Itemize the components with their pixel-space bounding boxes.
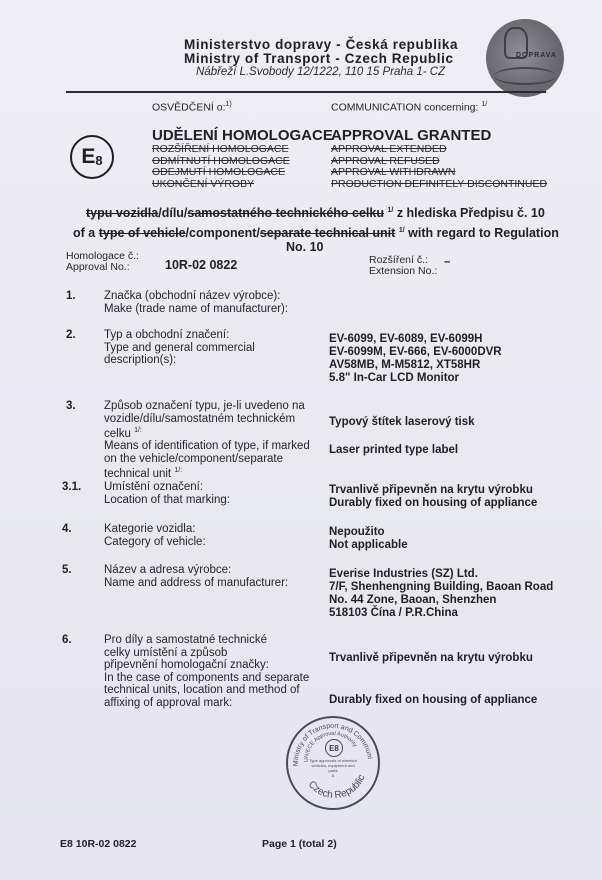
e8-approval-mark-icon: E8 — [70, 135, 114, 179]
title-en-component: /component/ — [186, 226, 260, 240]
item-4-label: Kategorie vozidla: Category of vehicle: — [104, 523, 314, 548]
item-value-en: Not applicable — [329, 539, 408, 552]
header-divider — [66, 91, 546, 93]
model-list-line: EV-6099M, EV-666, EV-6000DVR — [329, 346, 502, 359]
item-label-cz: Název a adresa výrobce: — [104, 564, 314, 577]
status-cz-struck: ROZŠÍŘENÍ HOMOLOGACE — [152, 144, 290, 156]
item-number: 1. — [66, 290, 76, 302]
ministry-name-cz: Ministerstvo dopravy - Česká republika — [184, 37, 458, 52]
item-label-en: Type and general commercial description(… — [104, 342, 274, 367]
status-cz-struck: ODEJMUTÍ HOMOLOGACE — [152, 167, 290, 179]
footnote-mark: 1/ — [387, 207, 393, 214]
mark-letter: E — [81, 145, 95, 168]
stamp-center-caption: Type approvals of wheeled vehicles, equi… — [308, 758, 358, 773]
manufacturer-name: Everise Industries (SZ) Ltd. — [329, 568, 553, 581]
state-emblem-icon: DOPRAVA — [486, 19, 564, 97]
status-en-struck: PRODUCTION DEFINITELY DISCONTINUED — [331, 179, 547, 191]
emblem-text: DOPRAVA — [516, 52, 557, 59]
stamp-center-text: Type approvals of wheeled vehicles, equi… — [308, 758, 358, 778]
item-number: 3. — [66, 400, 76, 412]
footnote-mark: 1/: — [174, 467, 182, 474]
title-cz-component: /dílu/ — [158, 206, 187, 220]
item-6-value-en: Durably fixed on housing of appliance — [329, 694, 537, 707]
item-label-cz: Způsob označení typu, je-li uvedeno na v… — [104, 400, 314, 440]
status-en-struck-list: APPROVAL EXTENDED APPROVAL REFUSED APPRO… — [331, 144, 547, 190]
model-list-line: EV-6099, EV-6089, EV-6099H — [329, 333, 502, 346]
item-label-en: Make (trade name of manufacturer): — [104, 303, 314, 316]
item-label-en: Name and address of manufacturer: — [104, 577, 314, 590]
title-en-prefix: of a — [73, 226, 99, 240]
item-value-cz: Nepoužito — [329, 526, 408, 539]
item-3-1-label: Umístění označení: Location of that mark… — [104, 481, 314, 506]
title-en-regulation: with regard to Regulation — [408, 226, 559, 240]
item-3-value-en: Laser printed type label — [329, 444, 458, 457]
item-6-value-cz: Trvanlivě připevněn na krytu výrobku — [329, 652, 533, 665]
item-number: 5. — [62, 564, 72, 576]
model-list-line: AV58MB, M-M5812, XT58HR — [329, 359, 502, 372]
title-line-en: of a type of vehicle/component/separate … — [73, 226, 559, 240]
item-3-label: Způsob označení typu, je-li uvedeno na v… — [104, 400, 314, 481]
item-6-label: Pro díly a samostatné technické celky um… — [104, 634, 314, 709]
item-label-en-text: Means of identification of type, if mark… — [104, 440, 310, 480]
item-4-values: Nepoužito Not applicable — [329, 526, 408, 552]
title-cz-struck: samostatného technického celku — [187, 206, 384, 220]
item-label-en: Category of vehicle: — [104, 536, 314, 549]
document-page: Ministerstvo dopravy - Česká republika M… — [0, 0, 602, 880]
footnote-mark: 1/ — [399, 227, 405, 234]
title-cz-struck: typu vozidla — [86, 206, 158, 220]
item-number: 4. — [62, 523, 72, 535]
approval-label: Homologace č.: Approval No.: — [66, 251, 139, 273]
item-value-en: Durably fixed on housing of appliance — [329, 497, 537, 510]
manufacturer-address: Everise Industries (SZ) Ltd. 7/F, Shenhe… — [329, 568, 553, 620]
certificate-label-cz-text: OSVĚDČENÍ o: — [152, 102, 226, 114]
item-number: 6. — [62, 634, 72, 646]
item-5-label: Název a adresa výrobce: Name and address… — [104, 564, 314, 589]
item-3-value-cz: Typový štítek laserový tisk — [329, 416, 475, 429]
certificate-label-en: COMMUNICATION concerning: 1/ — [331, 101, 487, 114]
item-2-values: EV-6099, EV-6089, EV-6099H EV-6099M, EV-… — [329, 333, 502, 385]
extension-label-en: Extension No.: — [369, 266, 437, 277]
status-cz-selected: UDĚLENÍ HOMOLOGACE — [152, 127, 333, 144]
footer-reference: E8 10R-02 0822 — [60, 838, 136, 850]
official-stamp-icon: Ministry of Transport and Communications… — [286, 716, 380, 810]
item-label-cz: Kategorie vozidla: — [104, 523, 314, 536]
status-en-selected: APPROVAL GRANTED — [331, 127, 491, 144]
address-line: 518103 Čína / P.R.China — [329, 607, 553, 620]
emblem-wheels — [494, 67, 556, 85]
status-cz-struck-list: ROZŠÍŘENÍ HOMOLOGACE ODMÍTNUTÍ HOMOLOGAC… — [152, 144, 290, 190]
title-en-struck: separate technical unit — [260, 226, 395, 240]
item-1-label: Značka (obchodní název výrobce): Make (t… — [104, 290, 314, 315]
item-label-cz: Pro díly a samostatné technické celky um… — [104, 634, 284, 672]
title-cz-regulation: z hlediska Předpisu č. 10 — [397, 206, 545, 220]
title-en-struck: type of vehicle — [99, 226, 186, 240]
status-cz-struck: UKONČENÍ VÝROBY — [152, 179, 290, 191]
page-indicator: Page 1 (total 2) — [262, 838, 337, 850]
item-label-en: Means of identification of type, if mark… — [104, 440, 314, 480]
ministry-name-en: Ministry of Transport - Czech Republic — [184, 51, 454, 66]
footnote-mark: 1/: — [134, 427, 142, 434]
title-regulation-number: No. 10 — [286, 240, 324, 254]
item-number: 3.1. — [62, 481, 81, 493]
product-description: 5.8" In-Car LCD Monitor — [329, 372, 502, 385]
item-label-cz: Značka (obchodní název výrobce): — [104, 290, 314, 303]
item-value-cz: Trvanlivě připevněn na krytu výrobku — [329, 484, 537, 497]
status-en-struck: APPROVAL WITHDRAWN — [331, 167, 547, 179]
address-line: No. 44 Zone, Baoan, Shenzhen — [329, 594, 553, 607]
certificate-label-cz: OSVĚDČENÍ o:1) — [152, 101, 232, 114]
item-number: 2. — [66, 329, 76, 341]
status-en-struck: APPROVAL EXTENDED — [331, 144, 547, 156]
item-label-en: Location of that marking: — [104, 494, 314, 507]
certificate-label-en-text: COMMUNICATION concerning: — [331, 102, 478, 114]
approval-number: 10R-02 0822 — [165, 259, 237, 272]
item-3-1-values: Trvanlivě připevněn na krytu výrobku Dur… — [329, 484, 537, 510]
item-2-label: Typ a obchodní značení: Type and general… — [104, 329, 274, 367]
ministry-address: Nábřeží L.Svobody 12/1222, 110 15 Praha … — [196, 66, 445, 78]
mark-number: 8 — [95, 153, 102, 168]
item-label-en: In the case of components and separate t… — [104, 672, 314, 710]
stamp-e-mark: E8 — [325, 739, 343, 757]
extension-number: – — [444, 256, 450, 269]
approval-label-en: Approval No.: — [66, 262, 139, 273]
footnote-mark: 1) — [226, 101, 232, 108]
address-line: 7/F, Shenhengning Building, Baoan Road — [329, 581, 553, 594]
extension-label: Rozšíření č.: Extension No.: — [369, 255, 437, 277]
stamp-center-number: 8 — [308, 773, 358, 778]
item-label-cz: Typ a obchodní značení: — [104, 329, 274, 342]
footnote-mark: 1/ — [481, 101, 487, 108]
item-label-cz: Umístění označení: — [104, 481, 314, 494]
title-line-cz: typu vozidla/dílu/samostatného technické… — [86, 206, 545, 220]
